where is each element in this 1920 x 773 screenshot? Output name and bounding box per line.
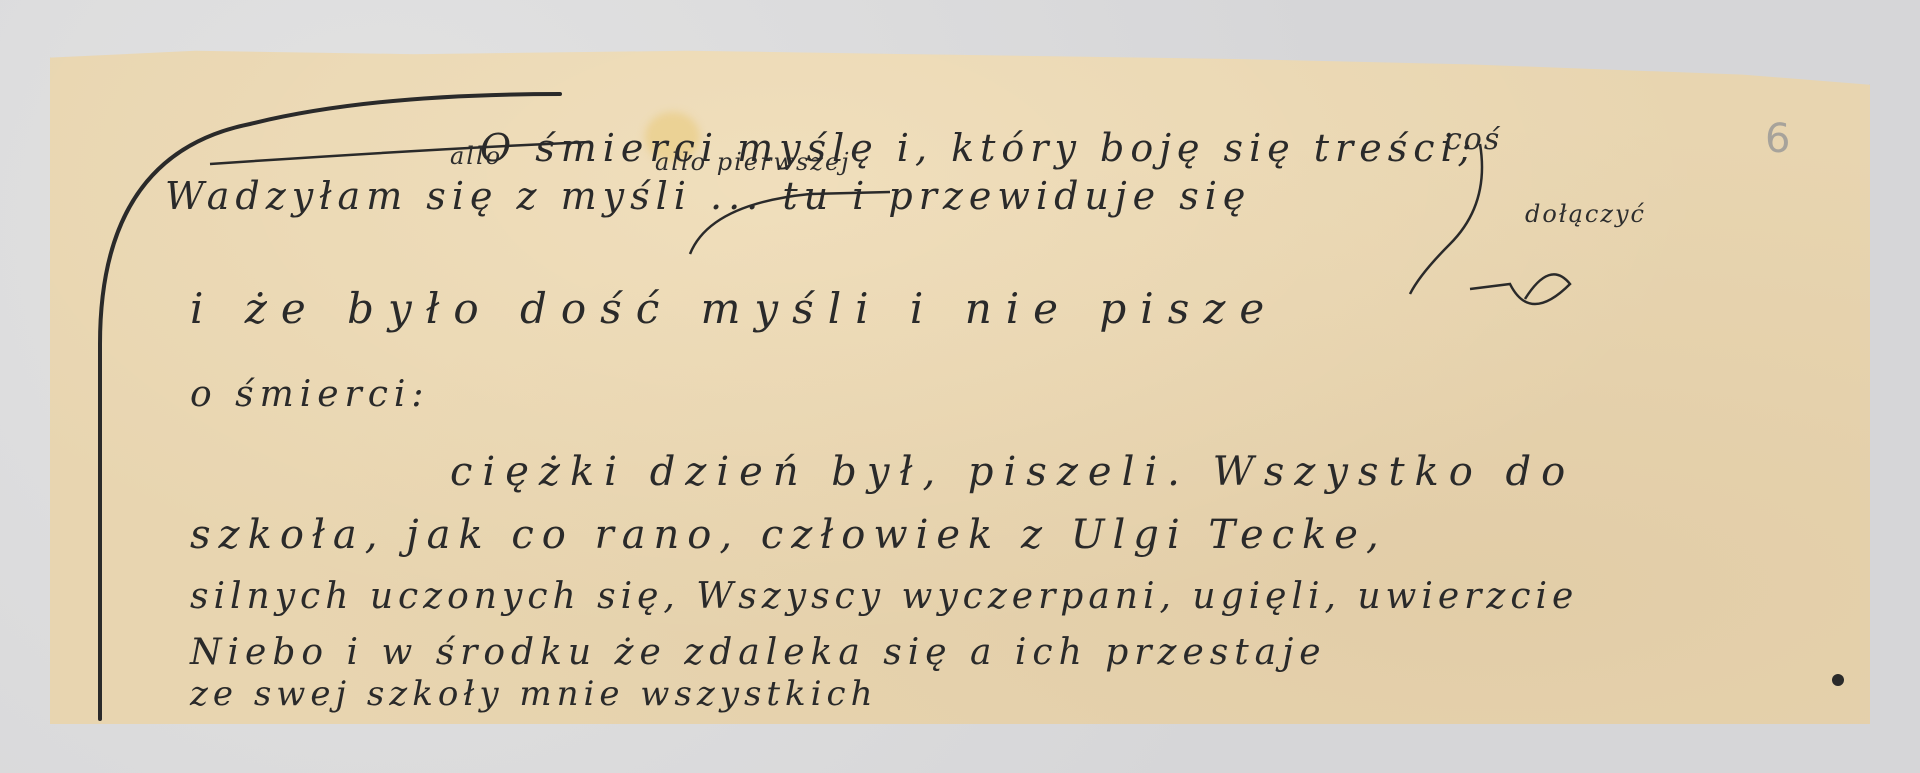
insertion-dolaczyc: dołączyć — [1525, 200, 1646, 228]
manuscript-line-3: i że było dość myśli i nie pisze — [190, 284, 1278, 333]
page-number: 6 — [1765, 116, 1790, 162]
manuscript-line-6: szkoła, jak co rano, człowiek z Ulgi Tec… — [190, 512, 1387, 558]
manuscript-line-4: o śmierci: — [190, 374, 430, 415]
manuscript-line-9: ze swej szkoły mnie wszystkich — [190, 674, 877, 714]
manuscript-line-8: Niebo i w środku że zdaleka się a ich pr… — [190, 632, 1327, 673]
manuscript-page: 6 allo allo pierwszej coś dołączyć O śmi… — [50, 44, 1870, 724]
end-mark — [1832, 674, 1844, 686]
manuscript-line-7: silnych uczonych się, Wszyscy wyczerpani… — [190, 576, 1578, 617]
manuscript-line-1: O śmierci myślę i, który boję się treści… — [480, 126, 1477, 170]
manuscript-line-2: Wadzyłam się z myśli ... tu i przewiduje… — [165, 174, 1251, 218]
manuscript-line-5: ciężki dzień był, piszeli. Wszystko do — [450, 449, 1575, 495]
